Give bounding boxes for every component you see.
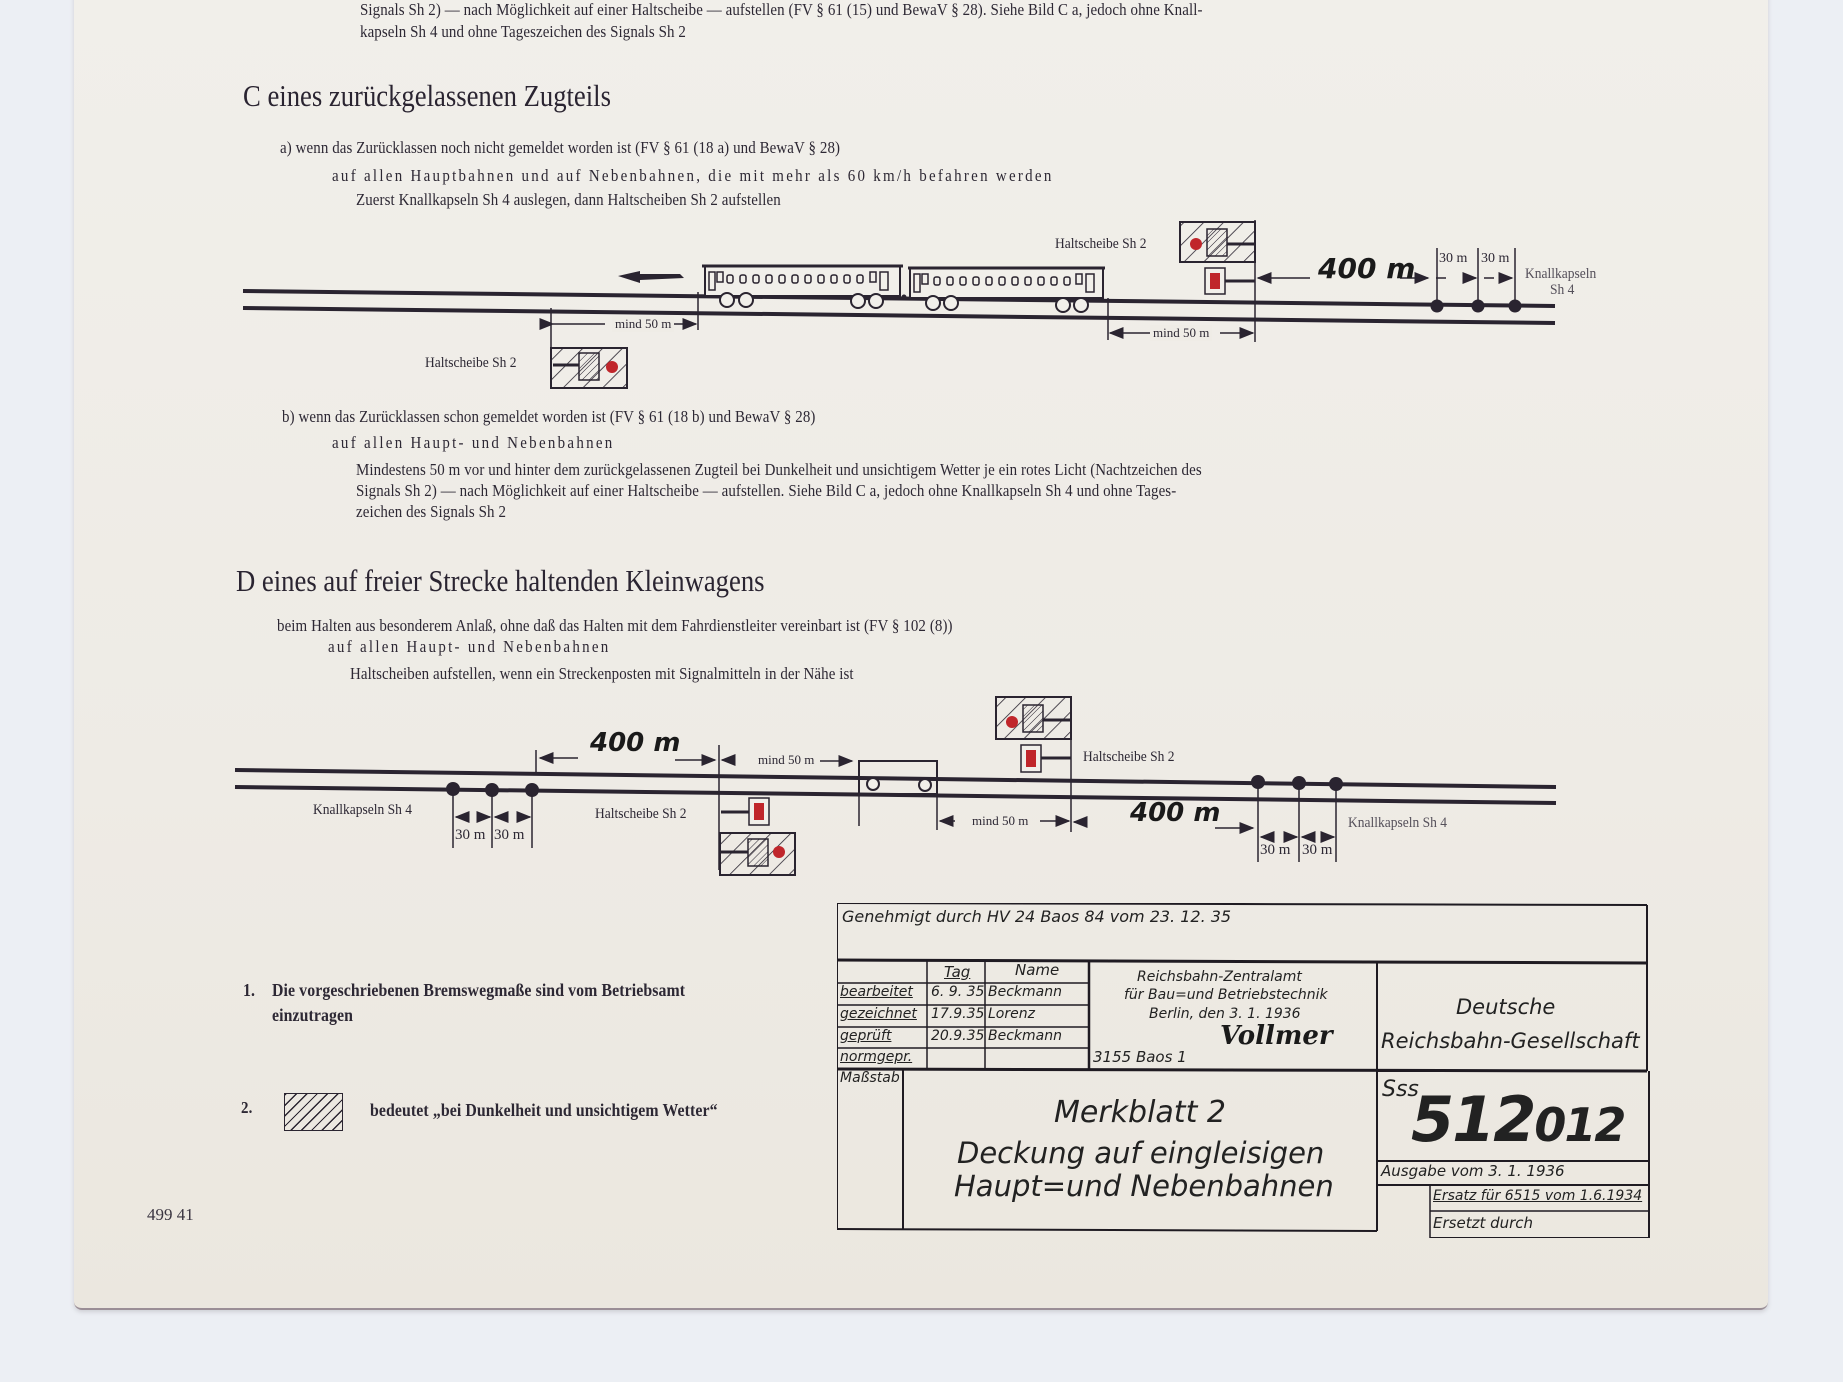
edition-date: Ausgabe vom 3. 1. 1936 [1381,1162,1565,1180]
d-knallkapseln-left-label: Knallkapseln Sh 4 [313,802,412,819]
section-c-b-para3: zeichen des Signals Sh 2 [356,502,506,522]
d-knallkapseln-right-label: Knallkapseln Sh 4 [1348,815,1447,832]
office-line2: für Bau=und Betriebstechnik [1124,987,1328,1003]
doc-number-main: 512012 [1411,1083,1624,1156]
approval-note: Genehmigt durch HV 24 Baos 84 vom 23. 12… [842,907,1231,926]
d-spacing-left-1: 30 m [455,827,485,844]
d-distance-right: mind 50 m [972,813,1028,829]
d-spacing-left-2: 30 m [494,827,524,844]
c-spacing-2: 30 m [1481,251,1509,267]
c-haltscheibe-top-label: Haltscheibe Sh 2 [1055,236,1146,253]
row-role-3: normgepr. [840,1049,912,1065]
top-fragment-line1: Signals Sh 2) — nach Möglichkeit auf ein… [360,0,1203,20]
note-2-text: bedeutet „bei Dunkelheit und unsichtigem… [370,1100,718,1121]
c-knallkapseln-sh-label: Sh 4 [1550,282,1574,299]
row-date-1: 17.9.35 [931,1006,984,1022]
c-distance-left: mind 50 m [612,316,674,332]
print-code: 499 41 [147,1205,194,1225]
scale-label: Maßstab [840,1070,900,1086]
replaced-by-note: Ersetzt durch [1433,1214,1533,1232]
note-1-line1: Die vorgeschriebenen Bremswegmaße sind v… [272,980,685,1001]
section-c-title: eines zurückgelassenen Zugteils [267,78,611,113]
section-c-b-line: b) wenn das Zurücklassen schon gemeldet … [282,407,816,427]
d-handwritten-left: 400 m [590,728,680,758]
col-tag-header: Tag [944,963,970,981]
row-name-1: Lorenz [988,1006,1035,1022]
section-c-b-para1: Mindestens 50 m vor und hinter dem zurüc… [356,460,1202,480]
d-handwritten-right: 400 m [1130,798,1220,828]
company-line2: Reichsbahn-Gesellschaft [1381,1029,1640,1053]
company-line1: Deutsche [1456,995,1555,1019]
section-c-a-line: a) wenn das Zurücklassen noch nicht geme… [280,138,840,158]
c-handwritten-distance: 400 m [1318,252,1415,285]
section-d-heading: D eines auf freier Strecke haltenden Kle… [236,563,765,599]
section-c-a-scope: auf allen Hauptbahnen und auf Nebenbahne… [332,166,1054,186]
note-2-number: 2. [241,1098,252,1118]
row-date-0: 6. 9. 35 [931,984,984,1000]
doc-number-main-text: 512 [1411,1083,1534,1156]
row-role-1: gezeichnet [840,1006,917,1022]
sheet-subtitle1: Deckung auf eingleisigen [957,1136,1324,1170]
d-distance-left: mind 50 m [758,752,814,768]
replaces-note: Ersatz für 6515 vom 1.6.1934 [1433,1188,1642,1204]
section-c-letter: C [243,78,261,113]
row-role-2: geprüft [840,1028,891,1044]
c-spacing-1: 30 m [1439,251,1467,267]
row-name-0: Beckmann [988,984,1062,1000]
section-c-b-scope: auf allen Haupt- und Nebenbahnen [332,433,615,453]
section-c-a-instruction: Zuerst Knallkapseln Sh 4 auslegen, dann … [356,190,781,210]
section-d-instruction: Haltscheiben aufstellen, wenn ein Streck… [350,664,854,684]
section-c-heading: C eines zurückgelassenen Zugteils [243,78,611,114]
c-distance-right: mind 50 m [1150,325,1212,341]
section-c-b-para2: Signals Sh 2) — nach Möglichkeit auf ein… [356,481,1176,501]
doc-number-sub: 012 [1534,1098,1624,1152]
c-haltscheibe-bottom-label: Haltscheibe Sh 2 [425,355,516,372]
signature: Vollmer [1220,1021,1333,1051]
row-name-2: Beckmann [988,1028,1062,1044]
note-1-number: 1. [243,980,255,1001]
sheet-title: Merkblatt 2 [1054,1095,1226,1130]
sheet-subtitle2: Haupt=und Nebenbahnen [954,1169,1334,1203]
title-block: Genehmigt durch HV 24 Baos 84 vom 23. 12… [837,903,1647,1230]
d-haltscheibe-left-label: Haltscheibe Sh 2 [595,806,686,823]
d-haltscheibe-right-label: Haltscheibe Sh 2 [1083,749,1174,766]
office-line1: Reichsbahn-Zentralamt [1137,969,1302,985]
office-line3: Berlin, den 3. 1. 1936 [1149,1006,1301,1022]
row-date-2: 20.9.35 [931,1028,984,1044]
section-d-scope: auf allen Haupt- und Nebenbahnen [328,637,611,657]
note-1-line2: einzutragen [272,1005,353,1026]
section-d-line: beim Halten aus besonderem Anlaß, ohne d… [277,616,953,636]
hatch-legend-icon [284,1093,343,1131]
c-knallkapseln-label: Knallkapseln [1525,266,1596,283]
row-role-0: bearbeitet [840,984,913,1000]
office-ref: 3155 Baos 1 [1093,1048,1187,1066]
col-name-header: Name [1015,961,1059,979]
section-d-letter: D [236,563,255,598]
d-spacing-right-1: 30 m [1260,842,1290,859]
d-spacing-right-2: 30 m [1302,842,1332,859]
top-fragment-line2: kapseln Sh 4 und ohne Tageszeichen des S… [360,22,686,42]
section-d-title: eines auf freier Strecke haltenden Klein… [262,563,765,598]
